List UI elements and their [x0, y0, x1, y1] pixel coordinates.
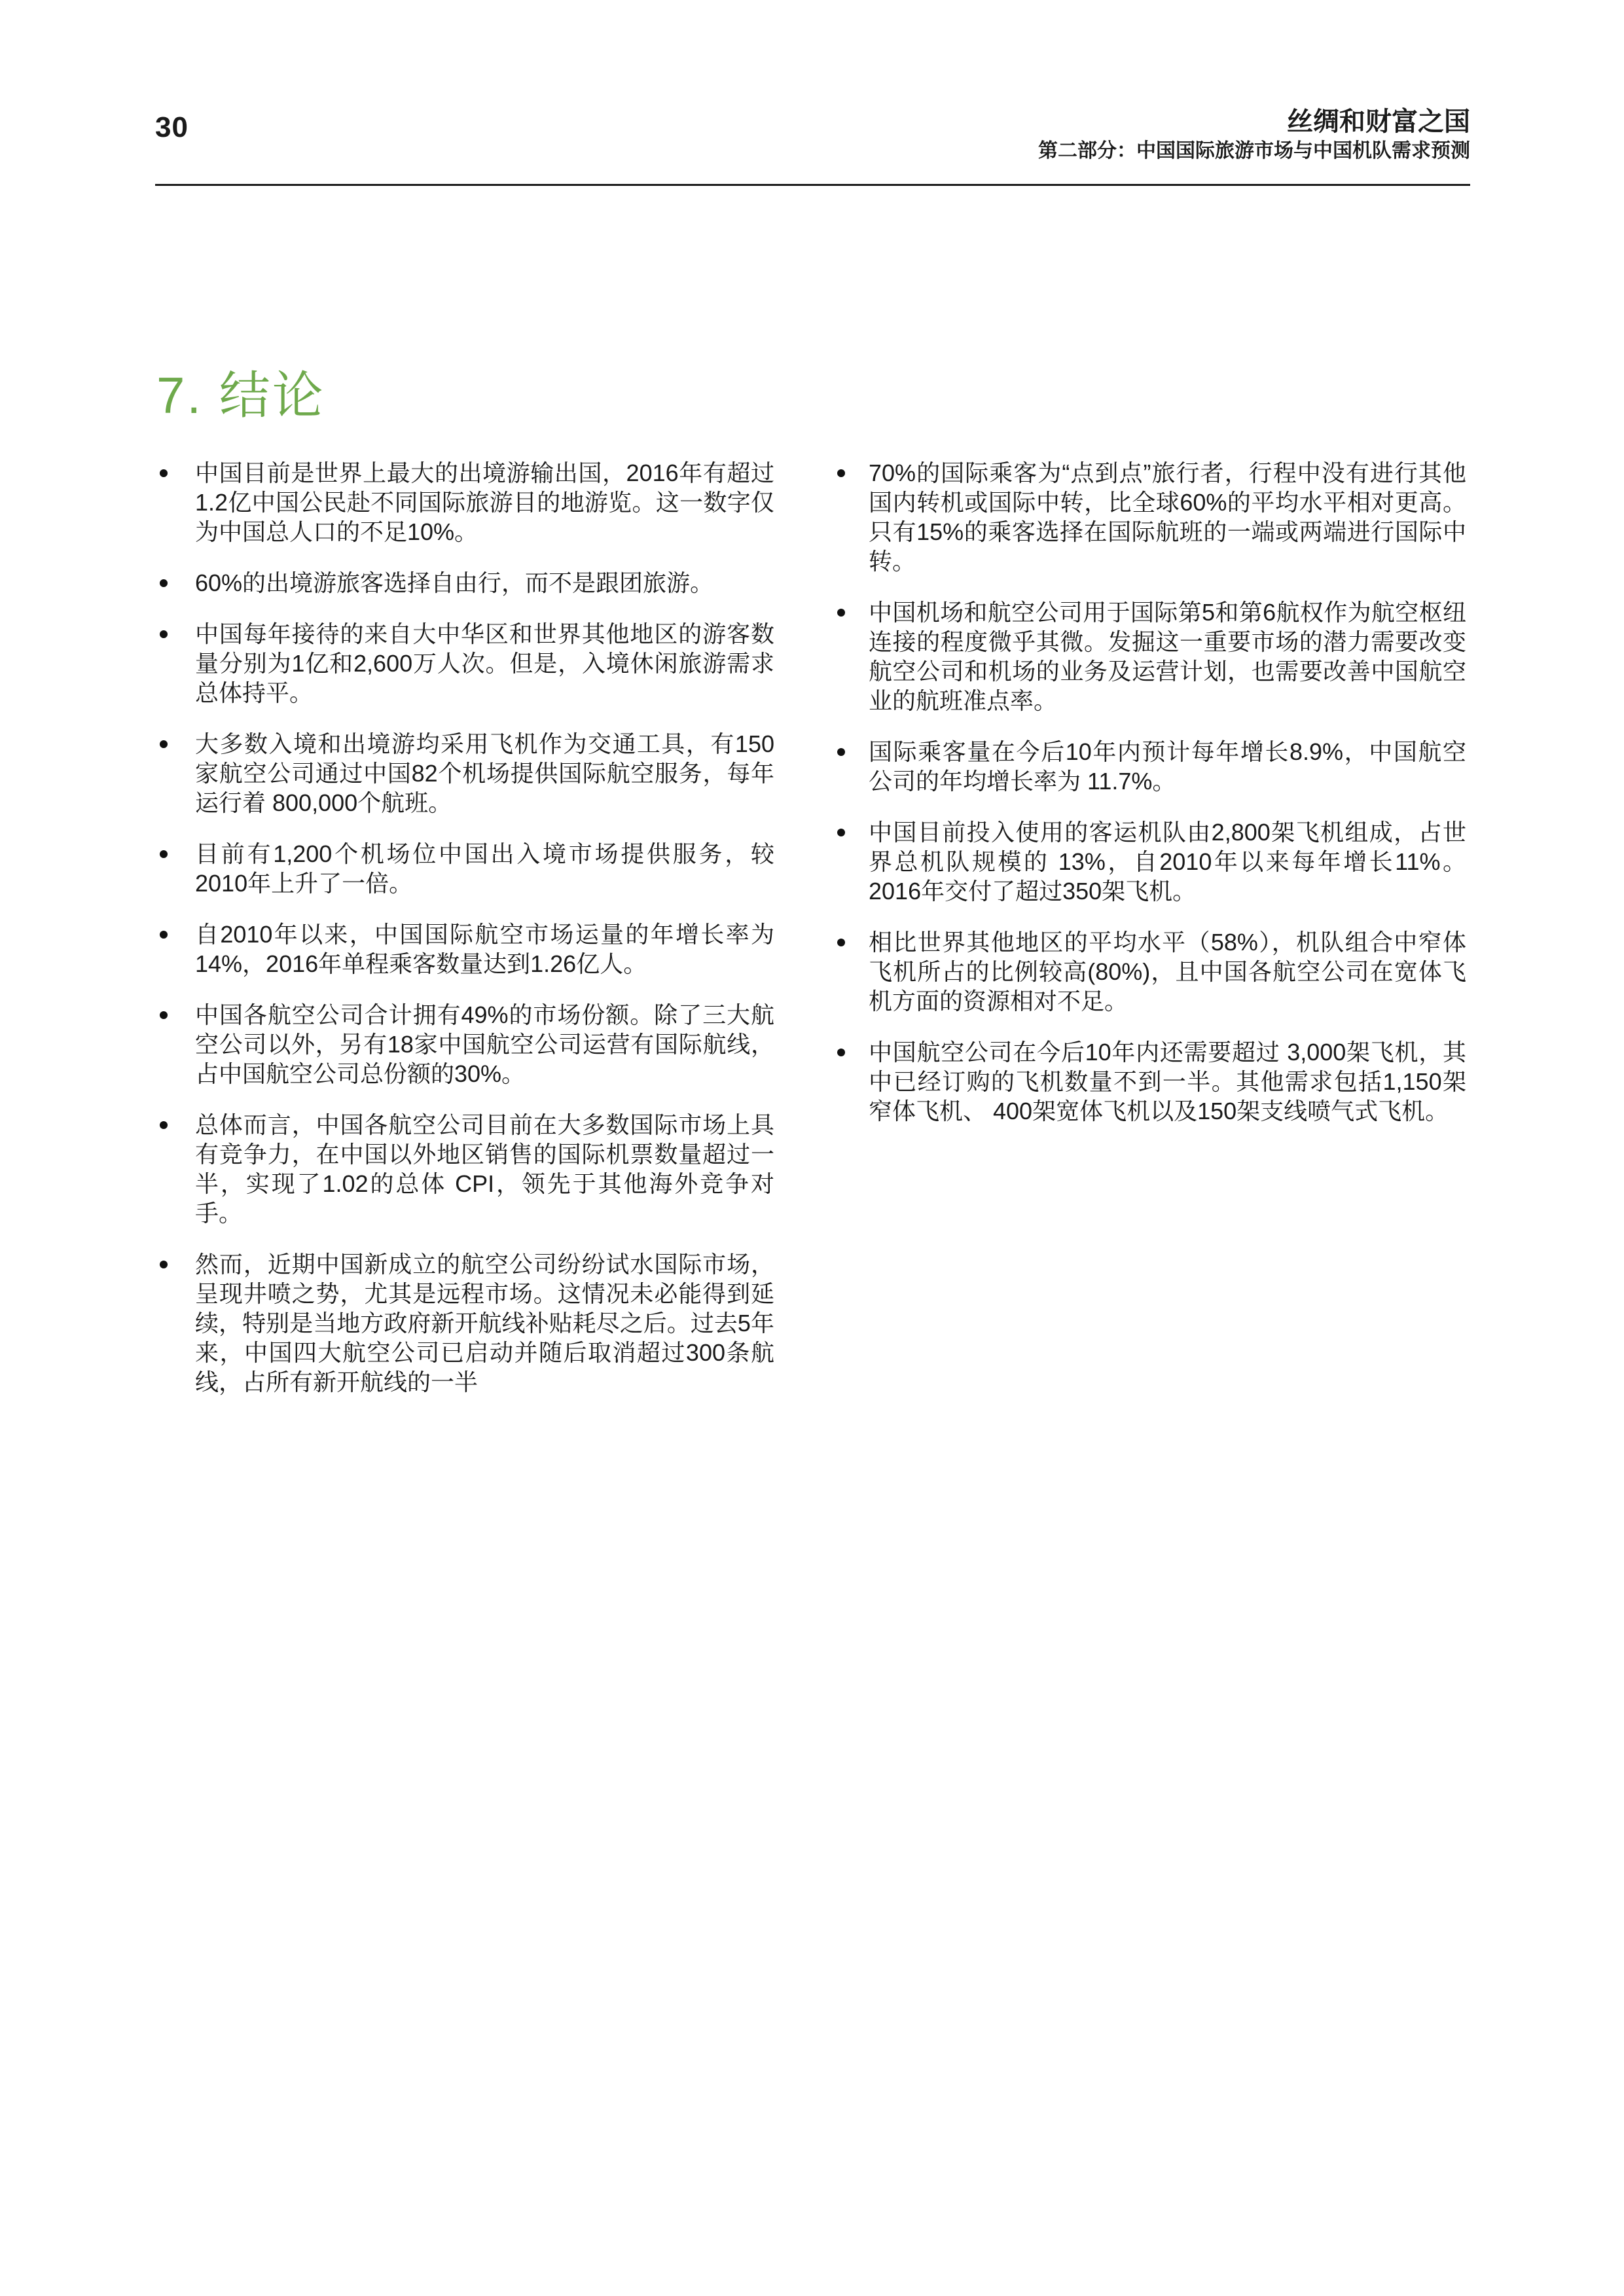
bullet-item: 中国航空公司在今后10年内还需要超过 3,000架飞机，其中已经订购的飞机数量不…	[836, 1037, 1466, 1126]
bullet-item: 目前有1,200个机场位中国出入境市场提供服务，较2010年上升了一倍。	[158, 839, 774, 898]
bullet-item: 70%的国际乘客为“点到点”旅行者，行程中没有进行其他国内转机或国际中转，比全球…	[836, 458, 1466, 576]
bullet-item: 中国目前投入使用的客运机队由2,800架飞机组成，占世界总机队规模的 13%，自…	[836, 817, 1466, 906]
bullet-item: 60%的出境游旅客选择自由行，而不是跟团旅游。	[158, 568, 774, 598]
conclusion-columns: 中国目前是世界上最大的出境游输出国，2016年有超过1.2亿中国公民赴不同国际旅…	[158, 458, 1470, 1418]
report-page: 30 丝绸和财富之国 第二部分：中国国际旅游市场与中国机队需求预测 7. 结论 …	[0, 0, 1624, 2296]
page-header: 丝绸和财富之国 第二部分：中国国际旅游市场与中国机队需求预测	[1038, 107, 1470, 164]
bullet-item: 中国每年接待的来自大中华区和世界其他地区的游客数量分别为1亿和2,600万人次。…	[158, 619, 774, 708]
page-number: 30	[155, 111, 189, 144]
bullet-item: 中国机场和航空公司用于国际第5和第6航权作为航空枢纽连接的程度微乎其微。发掘这一…	[836, 598, 1466, 715]
bullet-item: 总体而言，中国各航空公司目前在大多数国际市场上具有竞争力，在中国以外地区销售的国…	[158, 1110, 774, 1228]
report-title: 丝绸和财富之国	[1038, 107, 1470, 137]
bullet-item: 自2010年以来，中国国际航空市场运量的年增长率为14%，2016年单程乘客数量…	[158, 920, 774, 978]
report-subtitle: 第二部分：中国国际旅游市场与中国机队需求预测	[1038, 138, 1470, 164]
bullet-item: 中国各航空公司合计拥有49%的市场份额。除了三大航空公司以外，另有18家中国航空…	[158, 1000, 774, 1088]
section-title: 7. 结论	[156, 368, 325, 424]
bullet-item: 大多数入境和出境游均采用飞机作为交通工具，有150家航空公司通过中国82个机场提…	[158, 729, 774, 817]
bullet-item: 国际乘客量在今后10年内预计每年增长8.9%，中国航空公司的年均增长率为 11.…	[836, 737, 1466, 796]
header-divider	[155, 184, 1470, 186]
bullet-item: 中国目前是世界上最大的出境游输出国，2016年有超过1.2亿中国公民赴不同国际旅…	[158, 458, 774, 547]
bullet-item: 相比世界其他地区的平均水平（58%），机队组合中窄体飞机所占的比例较高(80%)…	[836, 927, 1466, 1016]
bullet-list-left: 中国目前是世界上最大的出境游输出国，2016年有超过1.2亿中国公民赴不同国际旅…	[158, 458, 774, 1418]
bullet-item: 然而，近期中国新成立的航空公司纷纷试水国际市场，呈现井喷之势，尤其是远程市场。这…	[158, 1249, 774, 1397]
bullet-list-right: 70%的国际乘客为“点到点”旅行者，行程中没有进行其他国内转机或国际中转，比全球…	[836, 458, 1466, 1147]
